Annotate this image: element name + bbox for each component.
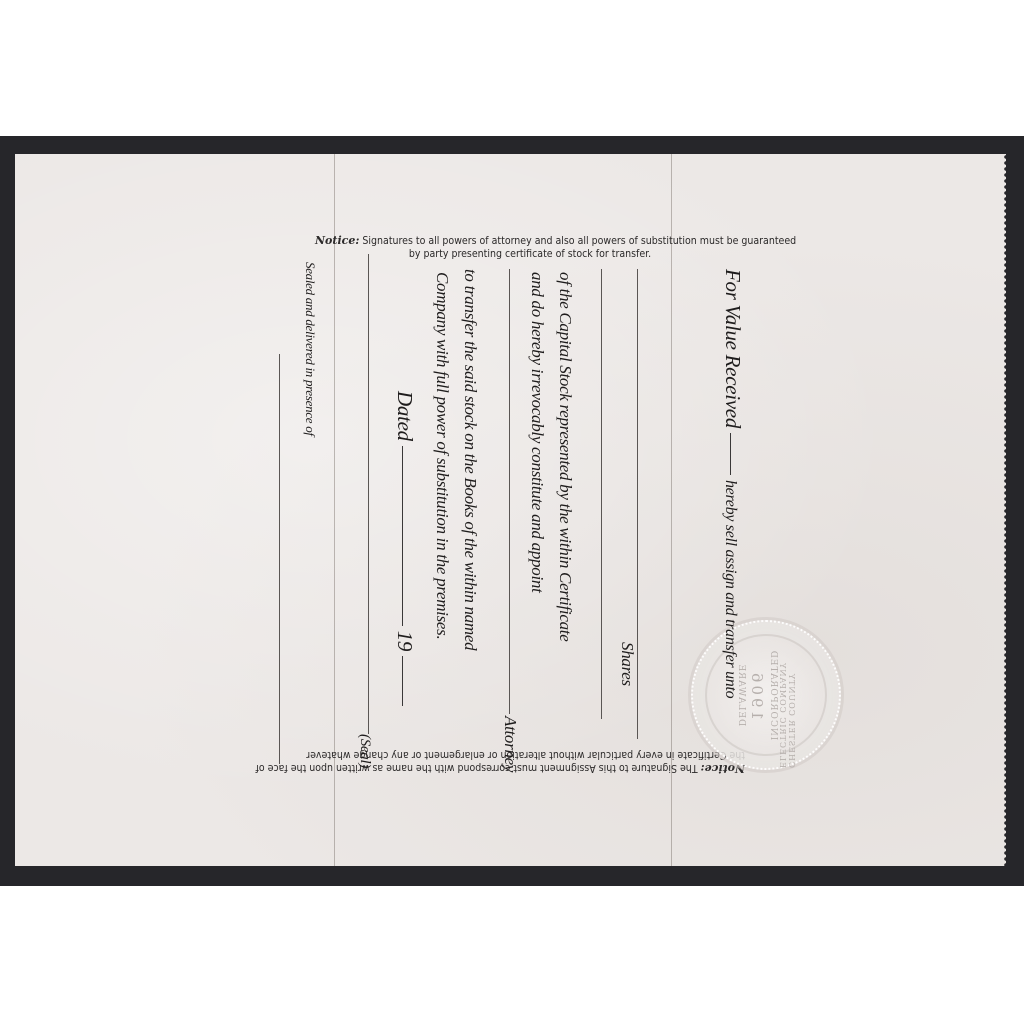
company-text: Company with full power of substitution … [433,272,452,639]
notice-bottom: Notice:The Signature to this Assignment … [315,748,745,775]
seal-label-text: (Seal) [357,734,373,768]
shares-count-line[interactable] [601,269,602,719]
signature-line[interactable] [368,254,369,734]
witness-text: Sealed and delivered in presence of [303,262,318,436]
attorney-name-line[interactable] [509,269,510,714]
notice-line: The Signature to this Assignment must co… [256,762,698,774]
capital-stock-text: of the Capital Stock represented by the … [556,272,575,641]
notice-label: Notice: [315,234,359,247]
shares-text: Shares [618,642,637,686]
dated-line: Dated 19 [392,391,417,706]
attorney-text: Attorney [501,716,520,772]
assignor-blank[interactable] [730,433,731,475]
perforated-edge [1003,154,1006,866]
constitute-text: and do hereby irrevocably constitute and… [528,272,547,593]
sell-assign-text: hereby sell assign and transfer unto [722,480,739,698]
company-line: Company with full power of substitution … [432,272,452,639]
transfer-line: to transfer the said stock on the Books … [460,269,480,650]
embossed-corporate-seal: CHESTER COUNTY ELECTRIC COMPANY INCORPOR… [691,620,841,770]
year-prefix-text: 19 [393,631,417,651]
for-value-received-line: For Value Received hereby sell assign an… [720,269,745,698]
year-blank[interactable] [402,656,403,706]
seal-incorporated: INCORPORATED [768,650,778,740]
witness-line: Sealed and delivered in presence of [302,262,318,436]
capital-stock-line: of the Capital Stock represented by the … [555,272,575,641]
witness-signature-line[interactable] [279,354,280,764]
dated-text: Dated [393,391,417,441]
notice-top: Notice:Signatures to all powers of attor… [315,234,745,261]
assignee-name-line[interactable] [637,269,638,739]
constitute-line: and do hereby irrevocably constitute and… [527,272,547,593]
seal-company: CHESTER COUNTY ELECTRIC COMPANY [778,622,796,768]
notice-line: by party presenting certificate of stock… [315,248,745,261]
seal-label-line: (Seal) [356,734,373,768]
for-value-received-text: For Value Received [721,269,745,428]
certificate-paper: Notice:Signatures to all powers of attor… [15,154,1006,866]
seal-year: 1906 [748,670,766,720]
date-blank[interactable] [402,446,403,626]
notice-line: the Certificate in every particular with… [315,748,745,761]
shares-label-line: Shares [617,642,637,686]
transfer-text: to transfer the said stock on the Books … [461,269,480,650]
attorney-label-line: Attorney [500,716,520,772]
notice-line: Signatures to all powers of attorney and… [362,235,796,247]
